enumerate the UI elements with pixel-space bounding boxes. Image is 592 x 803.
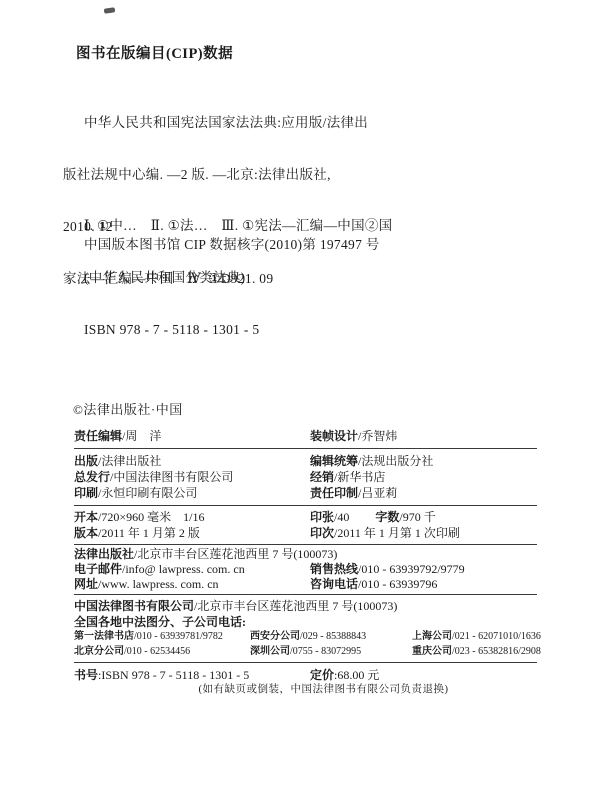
colophon-row: 出版/法律出版社 编辑统筹/法规出版分社 xyxy=(74,453,537,469)
field-value: /新华书店 xyxy=(334,470,385,484)
field-shenzhen-company: 深圳公司/0755 - 83072995 xyxy=(250,645,412,660)
field-label: 经销 xyxy=(310,470,334,484)
field-label: 编辑统筹 xyxy=(310,454,358,468)
phone-row: 第一法律书店/010 - 63939781/9782 西安分公司/029 - 8… xyxy=(74,630,537,645)
field-value: /法律出版社 xyxy=(98,454,161,468)
field-website: 网址/www. lawpress. com. cn xyxy=(74,577,310,592)
field-value: /中国法律图书有限公司 xyxy=(110,470,233,484)
cip-isbn-line: ISBN 978 - 7 - 5118 - 1301 - 5 xyxy=(63,321,368,338)
field-press-address: 法律出版社/北京市丰台区莲花池西里 7 号(100073) xyxy=(74,547,337,562)
colophon-row: 全国各地中法图分、子公司电话: xyxy=(74,614,537,630)
field-label: 重庆公司 xyxy=(412,646,452,657)
field-label: 印张 xyxy=(310,510,334,524)
field-label: 字数 xyxy=(375,510,399,524)
field-value: /www. lawpress. com. cn xyxy=(98,577,219,591)
field-value: :68.00 元 xyxy=(334,668,379,682)
field-sales-hotline: 销售热线/010 - 63939792/9779 xyxy=(310,562,465,577)
field-xian-branch: 西安分公司/029 - 85388843 xyxy=(250,630,412,645)
field-value: /970 千 xyxy=(399,510,435,524)
colophon-row: 中国法律图书有限公司/北京市丰台区莲花池西里 7 号(100073) xyxy=(74,598,537,614)
phone-directory-heading: 全国各地中法图分、子公司电话: xyxy=(74,614,246,630)
field-value: /029 - 85388843 xyxy=(300,631,366,642)
field-printer: 印刷/永恒印刷有限公司 xyxy=(74,485,310,501)
field-label: 电子邮件 xyxy=(74,562,122,576)
colophon-row: 网址/www. lawpress. com. cn 咨询电话/010 - 639… xyxy=(74,577,537,592)
field-first-law-bookstore: 第一法律书店/010 - 63939781/9782 xyxy=(74,630,250,645)
field-label: 印次 xyxy=(310,526,334,540)
field-label: 出版 xyxy=(74,454,98,468)
field-value: /0755 - 83072995 xyxy=(290,646,361,657)
field-value: /北京市丰台区莲花池西里 7 号(100073) xyxy=(194,599,397,613)
field-label: 总发行 xyxy=(74,470,110,484)
field-print-supervisor: 责任印制/吕亚莉 xyxy=(310,485,397,501)
field-printed-sheets: 印张/40 xyxy=(310,509,349,525)
book-copyright-page: 图书在版编目(CIP)数据 中华人民共和国宪法国家法法典:应用版/法律出 版社法… xyxy=(0,0,592,803)
field-format: 开本/720×960 毫米 1/16 xyxy=(74,509,310,525)
field-label: 深圳公司 xyxy=(250,646,290,657)
field-label: 网址 xyxy=(74,577,98,591)
field-label: 咨询电话 xyxy=(310,577,358,591)
field-impression: 印次/2011 年 1 月第 1 次印刷 xyxy=(310,525,460,541)
field-label: 装帧设计 xyxy=(310,429,358,443)
phone-row: 北京分公司/010 - 62534456 深圳公司/0755 - 8307299… xyxy=(74,645,537,660)
colophon-row: 开本/720×960 毫米 1/16 印张/40 字数/970 千 xyxy=(74,509,537,525)
cip-record-number: 中国版本图书馆 CIP 数据核字(2010)第 197497 号 xyxy=(84,233,380,253)
field-value: /永恒印刷有限公司 xyxy=(98,486,197,500)
field-general-distributor: 总发行/中国法律图书有限公司 xyxy=(74,469,310,485)
field-distributor-address: 中国法律图书有限公司/北京市丰台区莲花池西里 7 号(100073) xyxy=(74,598,397,614)
field-label: 书号 xyxy=(74,668,98,682)
field-word-count: 字数/970 千 xyxy=(375,509,435,525)
field-label: 责任印制 xyxy=(310,486,358,500)
field-label: 上海公司 xyxy=(412,631,452,642)
field-value: /2011 年 1 月第 1 次印刷 xyxy=(334,526,460,540)
field-publisher: 出版/法律出版社 xyxy=(74,453,310,469)
cip-record-line: 版社法规中心编. —2 版. —北京:法律出版社, xyxy=(63,166,368,183)
field-inquiry-phone: 咨询电话/010 - 63939796 xyxy=(310,577,437,592)
field-label: 北京分公司 xyxy=(74,646,124,657)
field-value: /40 xyxy=(334,510,349,524)
field-value: /吕亚莉 xyxy=(358,486,397,500)
field-beijing-branch: 北京分公司/010 - 62534456 xyxy=(74,645,250,660)
field-label: 开本 xyxy=(74,510,98,524)
colophon-publish-section: 出版/法律出版社 编辑统筹/法规出版分社 总发行/中国法律图书有限公司 经销/新… xyxy=(74,448,537,505)
colophon-distributor-section: 中国法律图书有限公司/北京市丰台区莲花池西里 7 号(100073) 全国各地中… xyxy=(74,594,537,662)
colophon-row: 责任编辑/周 洋 装帧设计/乔智炜 xyxy=(74,428,537,444)
field-value: /010 - 63939792/9779 xyxy=(358,562,465,576)
field-value: /info@ lawpress. com. cn xyxy=(122,562,245,576)
field-label: 责任编辑 xyxy=(74,429,122,443)
field-email: 电子邮件/info@ lawpress. com. cn xyxy=(74,562,310,577)
field-editorial-group: 编辑统筹/法规出版分社 xyxy=(310,453,433,469)
field-retailer: 经销/新华书店 xyxy=(310,469,385,485)
colophon-staff-section: 责任编辑/周 洋 装帧设计/乔智炜 xyxy=(74,424,537,448)
field-label: 印刷 xyxy=(74,486,98,500)
colophon: 责任编辑/周 洋 装帧设计/乔智炜 出版/法律出版社 编辑统筹/法规出版分社 总… xyxy=(74,424,537,689)
field-edition: 版本/2011 年 1 月第 2 版 xyxy=(74,525,310,541)
field-value: /010 - 62534456 xyxy=(124,646,190,657)
field-value: /乔智炜 xyxy=(358,429,397,443)
colophon-row: 印刷/永恒印刷有限公司 责任印制/吕亚莉 xyxy=(74,485,537,501)
colophon-row: 法律出版社/北京市丰台区莲花池西里 7 号(100073) xyxy=(74,547,537,562)
colophon-format-section: 开本/720×960 毫米 1/16 印张/40 字数/970 千 版本/201… xyxy=(74,505,537,544)
field-label: 全国各地中法图分、子公司电话: xyxy=(74,615,246,629)
field-label: 销售热线 xyxy=(310,562,358,576)
scan-artifact xyxy=(104,7,116,13)
field-label: 中国法律图书有限公司 xyxy=(74,599,194,613)
field-value: /周 洋 xyxy=(122,429,161,443)
colophon-press-section: 法律出版社/北京市丰台区莲花池西里 7 号(100073) 电子邮件/info@… xyxy=(74,544,537,594)
field-value: /010 - 63939796 xyxy=(358,577,437,591)
field-label: 法律出版社 xyxy=(74,547,134,561)
field-value: /720×960 毫米 1/16 xyxy=(98,510,204,524)
cip-header: 图书在版编目(CIP)数据 xyxy=(76,42,233,63)
field-binding-design: 装帧设计/乔智炜 xyxy=(310,428,397,444)
colophon-row: 电子邮件/info@ lawpress. com. cn 销售热线/010 - … xyxy=(74,562,537,577)
field-resp-editor: 责任编辑/周 洋 xyxy=(74,428,310,444)
copyright-line: ©法律出版社·中国 xyxy=(73,399,183,418)
field-label: 第一法律书店 xyxy=(74,631,134,642)
colophon-row: 总发行/中国法律图书有限公司 经销/新华书店 xyxy=(74,469,537,485)
field-shanghai-company: 上海公司/021 - 62071010/1636 xyxy=(412,630,541,645)
field-value: /北京市丰台区莲花池西里 7 号(100073) xyxy=(134,547,337,561)
colophon-row: 版本/2011 年 1 月第 2 版 印次/2011 年 1 月第 1 次印刷 xyxy=(74,525,537,541)
field-label: 定价 xyxy=(310,668,334,682)
cip-classification-line: 家法—汇编—中国 Ⅳ. ①D921. 09 xyxy=(63,270,392,288)
field-value: :ISBN 978 - 7 - 5118 - 1301 - 5 xyxy=(98,668,249,682)
cip-record-line: 中华人民共和国宪法国家法法典:应用版/法律出 xyxy=(63,114,368,131)
field-value: /010 - 63939781/9782 xyxy=(134,631,223,642)
field-label: 西安分公司 xyxy=(250,631,300,642)
field-value: /2011 年 1 月第 2 版 xyxy=(98,526,200,540)
field-label: 版本 xyxy=(74,526,98,540)
field-value: /023 - 65382816/2908 xyxy=(452,646,541,657)
return-note: (如有缺页或倒装，中国法律图书有限公司负责退换) xyxy=(74,681,537,696)
cip-classification-line: Ⅰ. ①中… Ⅱ. ①法… Ⅲ. ①宪法—汇编—中国②国 xyxy=(63,217,392,235)
field-value: /021 - 62071010/1636 xyxy=(452,631,541,642)
field-group: 印张/40 字数/970 千 xyxy=(310,509,436,525)
field-chongqing-company: 重庆公司/023 - 65382816/2908 xyxy=(412,645,541,660)
field-value: /法规出版分社 xyxy=(358,454,433,468)
